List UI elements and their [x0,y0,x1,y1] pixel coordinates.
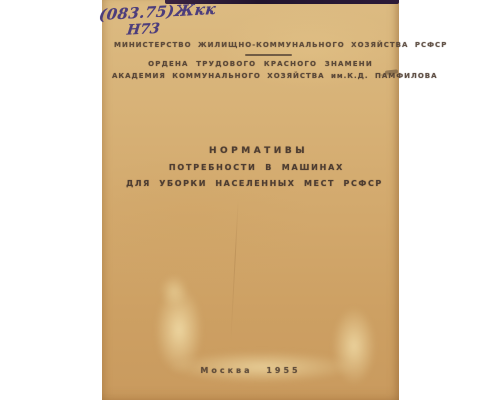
header-ministry-line: МИНИСТЕРСТВО ЖИЛИЩНО-КОММУНАЛЬНОГО ХОЗЯЙ… [102,41,411,49]
imprint-line: Москва 1955 [102,366,407,375]
stain-band-bottom [148,344,376,386]
imprint-year: 1955 [266,366,300,375]
imprint-city: Москва [200,366,252,375]
book-title-page: (083.75)Жкк Н73 МИНИСТЕРСТВО ЖИЛИЩНО-КОМ… [102,0,399,400]
title-line2: ПОТРЕБНОСТИ В МАШИНАХ [102,163,405,172]
stain-blotch-right [324,292,384,400]
stain-blotch-left [146,275,212,397]
scanned-page-photo: (083.75)Жкк Н73 МИНИСТЕРСТВО ЖИЛИЩНО-КОМ… [0,0,500,400]
title-line3: ДЛЯ УБОРКИ НАСЕЛЕННЫХ МЕСТ РСФСР [102,179,403,188]
header-order-line: ОРДЕНА ТРУДОВОГО КРАСНОГО ЗНАМЕНИ [102,60,409,68]
title-line1: НОРМАТИВЫ [102,146,407,156]
header-divider-rule [245,54,292,56]
handwritten-library-code: (083.75)Жкк Н73 [96,0,217,41]
stain-blotch-left-top [154,268,194,314]
paper-crease [230,198,239,343]
header-academy-line: АКАДЕМИЯ КОММУНАЛЬНОГО ХОЗЯЙСТВА им.К.Д.… [102,72,409,80]
